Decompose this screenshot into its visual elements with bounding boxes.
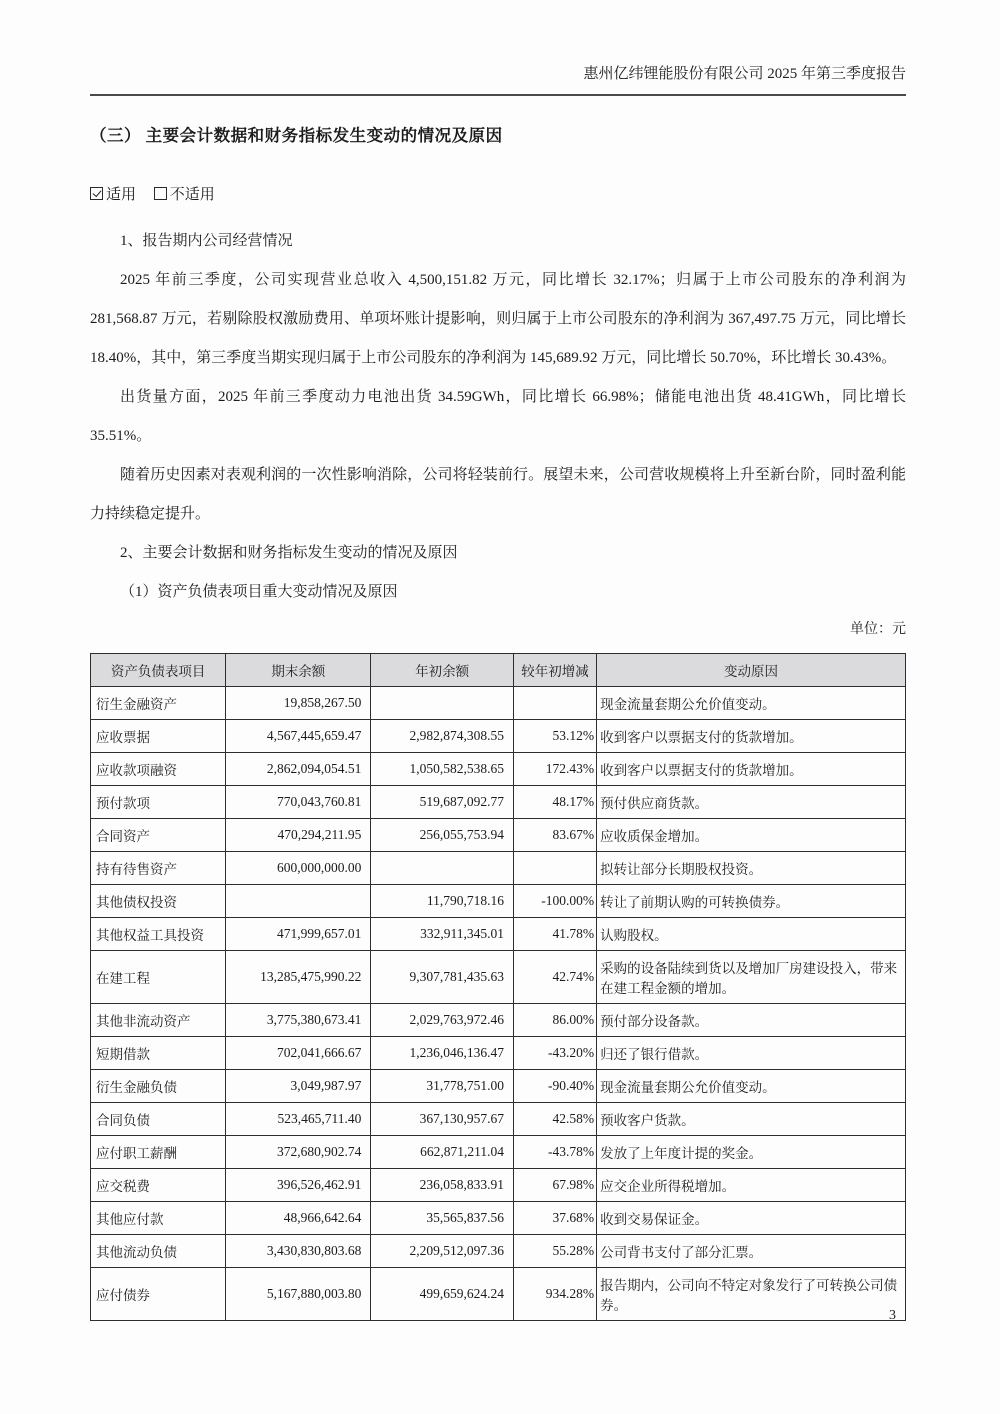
table-cell: 公司背书支付了部分汇票。 (597, 1235, 906, 1268)
table-row: 预付款项770,043,760.81519,687,092.7748.17%预付… (91, 786, 906, 819)
not-applicable-label: 不适用 (170, 187, 215, 203)
table-row: 其他应付款48,966,642.6435,565,837.5637.68%收到交… (91, 1202, 906, 1235)
table-cell: 3,775,380,673.41 (226, 1004, 371, 1037)
table-cell: 应收款项融资 (91, 753, 226, 786)
table-cell: 470,294,211.95 (226, 819, 371, 852)
table-cell: 衍生金融资产 (91, 687, 226, 720)
table-cell: 现金流量套期公允价值变动。 (597, 1070, 906, 1103)
table-cell: 3,430,830,803.68 (226, 1235, 371, 1268)
table-cell: 收到客户以票据支付的货款增加。 (597, 753, 906, 786)
table-cell: 现金流量套期公允价值变动。 (597, 687, 906, 720)
table-cell: 应交企业所得税增加。 (597, 1169, 906, 1202)
subsection-2-item-1: （1）资产负债表项目重大变动情况及原因 (90, 573, 906, 612)
table-cell: 35,565,837.56 (371, 1202, 514, 1235)
table-cell: 53.12% (513, 720, 596, 753)
table-row: 衍生金融资产19,858,267.50现金流量套期公允价值变动。 (91, 687, 906, 720)
page-content: （三） 主要会计数据和财务指标发生变动的情况及原因 适用 不适用 1、报告期内公… (90, 122, 906, 1321)
table-cell: 其他非流动资产 (91, 1004, 226, 1037)
table-cell: 持有待售资产 (91, 852, 226, 885)
table-cell: 2,862,094,054.51 (226, 753, 371, 786)
table-row: 合同资产470,294,211.95256,055,753.9483.67%应收… (91, 819, 906, 852)
table-header-cell: 年初余额 (371, 654, 514, 687)
table-cell: 662,871,211.04 (371, 1136, 514, 1169)
balance-sheet-table: 资产负债表项目期末余额年初余额较年初增减变动原因 衍生金融资产19,858,26… (90, 653, 906, 1321)
table-cell: 13,285,475,990.22 (226, 951, 371, 1004)
table-cell: 预付部分设备款。 (597, 1004, 906, 1037)
table-row: 应交税费396,526,462.91236,058,833.9167.98%应交… (91, 1169, 906, 1202)
table-cell: 934.28% (513, 1268, 596, 1321)
table-cell: 372,680,902.74 (226, 1136, 371, 1169)
table-cell: 应收票据 (91, 720, 226, 753)
table-cell: 702,041,666.67 (226, 1037, 371, 1070)
table-cell: 332,911,345.01 (371, 918, 514, 951)
table-row: 持有待售资产600,000,000.00拟转让部分长期股权投资。 (91, 852, 906, 885)
table-row: 其他权益工具投资471,999,657.01332,911,345.0141.7… (91, 918, 906, 951)
document-page: 惠州亿纬锂能股份有限公司 2025 年第三季度报告 （三） 主要会计数据和财务指… (0, 0, 1000, 1414)
table-cell: 48,966,642.64 (226, 1202, 371, 1235)
not-applicable-option[interactable]: 不适用 (154, 187, 215, 203)
table-cell: 172.43% (513, 753, 596, 786)
table-cell: 采购的设备陆续到货以及增加厂房建设投入，带来在建工程金额的增加。 (597, 951, 906, 1004)
table-row: 其他债权投资11,790,718.16-100.00%转让了前期认购的可转换债券… (91, 885, 906, 918)
table-cell: 523,465,711.40 (226, 1103, 371, 1136)
page-number: 3 (889, 1308, 896, 1324)
table-row: 在建工程13,285,475,990.229,307,781,435.6342.… (91, 951, 906, 1004)
table-cell: 600,000,000.00 (226, 852, 371, 885)
table-cell: 31,778,751.00 (371, 1070, 514, 1103)
table-cell (513, 687, 596, 720)
table-cell: 收到交易保证金。 (597, 1202, 906, 1235)
table-cell: 其他应付款 (91, 1202, 226, 1235)
table-cell (371, 687, 514, 720)
table-cell: 499,659,624.24 (371, 1268, 514, 1321)
table-cell: 应付职工薪酬 (91, 1136, 226, 1169)
table-header-cell: 期末余额 (226, 654, 371, 687)
table-cell (226, 885, 371, 918)
table-cell: 367,130,957.67 (371, 1103, 514, 1136)
table-cell: 42.74% (513, 951, 596, 1004)
table-cell: 预付款项 (91, 786, 226, 819)
table-cell: 转让了前期认购的可转换债券。 (597, 885, 906, 918)
table-cell: 19,858,267.50 (226, 687, 371, 720)
table-cell: -43.78% (513, 1136, 596, 1169)
table-cell: 83.67% (513, 819, 596, 852)
table-header-cell: 变动原因 (597, 654, 906, 687)
table-cell: 41.78% (513, 918, 596, 951)
table-cell (513, 852, 596, 885)
table-cell: 48.17% (513, 786, 596, 819)
table-row: 合同负债523,465,711.40367,130,957.6742.58%预收… (91, 1103, 906, 1136)
table-cell: 86.00% (513, 1004, 596, 1037)
table-cell: -43.20% (513, 1037, 596, 1070)
table-cell: -100.00% (513, 885, 596, 918)
table-cell: 应收质保金增加。 (597, 819, 906, 852)
table-cell: 1,236,046,136.47 (371, 1037, 514, 1070)
table-row: 应收票据4,567,445,659.472,982,874,308.5553.1… (91, 720, 906, 753)
table-cell: 2,982,874,308.55 (371, 720, 514, 753)
table-cell: 11,790,718.16 (371, 885, 514, 918)
table-cell: 55.28% (513, 1235, 596, 1268)
table-cell: 471,999,657.01 (226, 918, 371, 951)
table-cell: 合同负债 (91, 1103, 226, 1136)
table-row: 其他非流动资产3,775,380,673.412,029,763,972.468… (91, 1004, 906, 1037)
table-header-cell: 资产负债表项目 (91, 654, 226, 687)
document-header: 惠州亿纬锂能股份有限公司 2025 年第三季度报告 (90, 0, 906, 96)
paragraph-outlook: 随着历史因素对表观利润的一次性影响消除，公司将轻装前行。展望未来，公司营收规模将… (90, 456, 906, 534)
table-cell: 认购股权。 (597, 918, 906, 951)
paragraph-operations: 2025 年前三季度，公司实现营业总收入 4,500,151.82 万元，同比增… (90, 261, 906, 378)
table-cell: 收到客户以票据支付的货款增加。 (597, 720, 906, 753)
table-cell: 归还了银行借款。 (597, 1037, 906, 1070)
table-cell: 报告期内，公司向不特定对象发行了可转换公司债券。 (597, 1268, 906, 1321)
table-cell: 2,209,512,097.36 (371, 1235, 514, 1268)
table-row: 应付债券5,167,880,003.80499,659,624.24934.28… (91, 1268, 906, 1321)
balance-sheet-table-body: 衍生金融资产19,858,267.50现金流量套期公允价值变动。应收票据4,56… (91, 687, 906, 1321)
table-cell: 236,058,833.91 (371, 1169, 514, 1202)
table-cell: 衍生金融负债 (91, 1070, 226, 1103)
table-header-row: 资产负债表项目期末余额年初余额较年初增减变动原因 (91, 654, 906, 687)
table-cell: 其他流动负债 (91, 1235, 226, 1268)
table-row: 应付职工薪酬372,680,902.74662,871,211.04-43.78… (91, 1136, 906, 1169)
table-cell: 1,050,582,538.65 (371, 753, 514, 786)
applicable-label: 适用 (106, 187, 136, 203)
checkbox-unchecked-icon[interactable] (154, 187, 167, 200)
unit-label: 单位：元 (90, 615, 906, 645)
table-cell: 3,049,987.97 (226, 1070, 371, 1103)
table-cell: 合同资产 (91, 819, 226, 852)
table-cell: 396,526,462.91 (226, 1169, 371, 1202)
table-cell: 预付供应商货款。 (597, 786, 906, 819)
table-cell: 42.58% (513, 1103, 596, 1136)
table-cell: 发放了上年度计提的奖金。 (597, 1136, 906, 1169)
table-cell (371, 852, 514, 885)
subsection-1-title: 1、报告期内公司经营情况 (90, 222, 906, 261)
table-cell: 4,567,445,659.47 (226, 720, 371, 753)
table-row: 短期借款702,041,666.671,236,046,136.47-43.20… (91, 1037, 906, 1070)
table-row: 其他流动负债3,430,830,803.682,209,512,097.3655… (91, 1235, 906, 1268)
table-cell: -90.40% (513, 1070, 596, 1103)
table-cell: 应交税费 (91, 1169, 226, 1202)
table-cell: 5,167,880,003.80 (226, 1268, 371, 1321)
checkbox-checked-icon[interactable] (90, 187, 103, 200)
paragraph-shipments: 出货量方面，2025 年前三季度动力电池出货 34.59GWh，同比增长 66.… (90, 378, 906, 456)
table-cell: 其他债权投资 (91, 885, 226, 918)
table-header-cell: 较年初增减 (513, 654, 596, 687)
subsection-2-title: 2、主要会计数据和财务指标发生变动的情况及原因 (90, 534, 906, 573)
table-cell: 在建工程 (91, 951, 226, 1004)
applicable-row: 适用 不适用 (90, 183, 906, 204)
table-cell: 预收客户货款。 (597, 1103, 906, 1136)
table-cell: 拟转让部分长期股权投资。 (597, 852, 906, 885)
section-title: （三） 主要会计数据和财务指标发生变动的情况及原因 (90, 122, 906, 146)
table-cell: 其他权益工具投资 (91, 918, 226, 951)
table-cell: 应付债券 (91, 1268, 226, 1321)
table-cell: 9,307,781,435.63 (371, 951, 514, 1004)
applicable-option[interactable]: 适用 (90, 187, 136, 203)
table-cell: 67.98% (513, 1169, 596, 1202)
table-cell: 770,043,760.81 (226, 786, 371, 819)
table-cell: 2,029,763,972.46 (371, 1004, 514, 1037)
table-cell: 519,687,092.77 (371, 786, 514, 819)
table-cell: 37.68% (513, 1202, 596, 1235)
table-cell: 短期借款 (91, 1037, 226, 1070)
table-cell: 256,055,753.94 (371, 819, 514, 852)
table-row: 应收款项融资2,862,094,054.511,050,582,538.6517… (91, 753, 906, 786)
header-title: 惠州亿纬锂能股份有限公司 2025 年第三季度报告 (583, 66, 906, 82)
table-row: 衍生金融负债3,049,987.9731,778,751.00-90.40%现金… (91, 1070, 906, 1103)
